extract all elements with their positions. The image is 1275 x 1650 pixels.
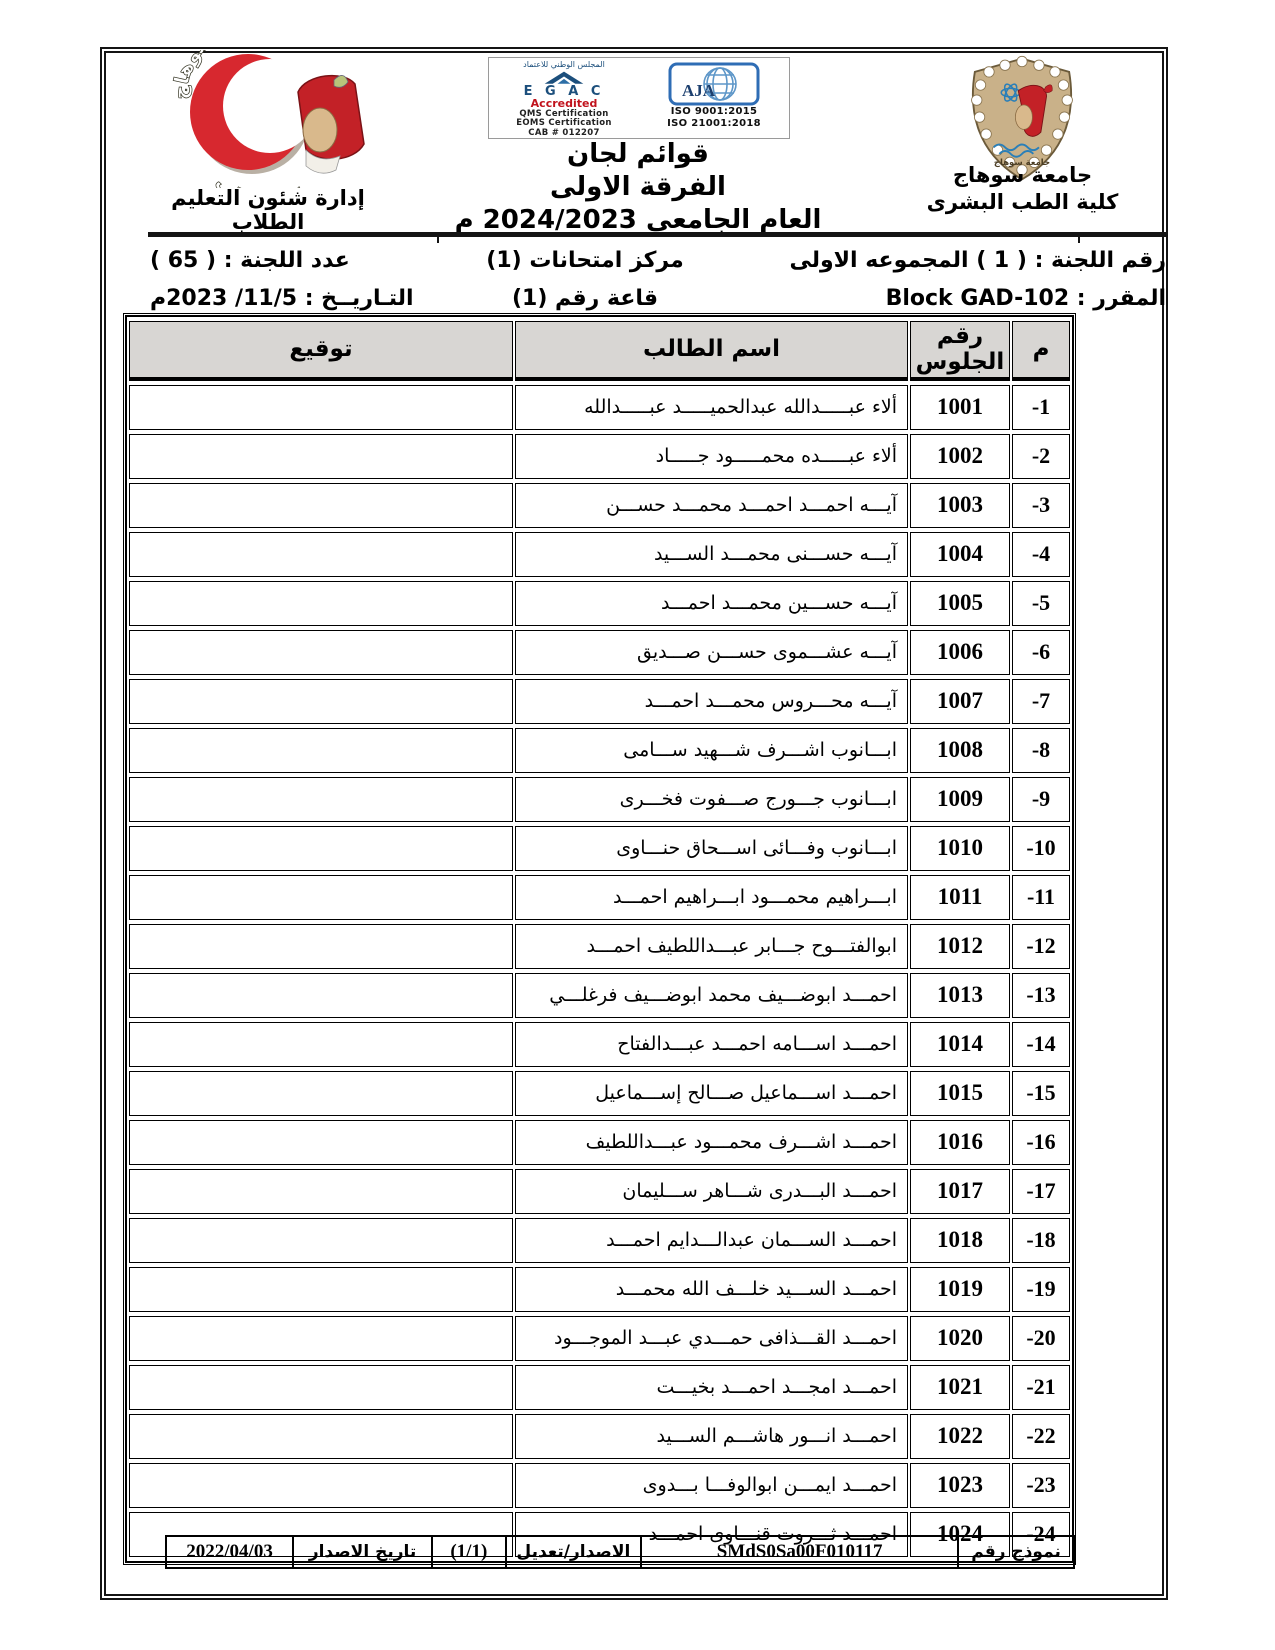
table-row: -17 1017 احمـــد البـــدرى شـــاهر ســـل… (129, 1169, 1070, 1214)
student-name-cell: احمـــد اســـامه احمـــد عبـــدالفتاح (515, 1022, 908, 1067)
signature-cell (129, 483, 513, 528)
footer-form-table: نموذج رقم SMdS0Sa00F010117 الاصدار/تعديل… (165, 1535, 1075, 1569)
student-name-cell: آيـــه محـــروس محمـــد احمـــد (515, 679, 908, 724)
row-index-cell: -16 (1012, 1120, 1070, 1165)
seat-number-cell: 1017 (910, 1169, 1010, 1214)
student-name-cell: ابـــانوب جـــورج صـــفوت فخـــرى (515, 777, 908, 822)
table-row: -8 1008 ابـــانوب اشـــرف شـــهيد ســـام… (129, 728, 1070, 773)
student-name-cell: احمـــد البـــدرى شـــاهر ســـليمان (515, 1169, 908, 1214)
signature-cell (129, 973, 513, 1018)
seat-number-cell: 1012 (910, 924, 1010, 969)
university-name: جامعة سوهاج (925, 162, 1120, 189)
egac-arc-text: المجلس الوطني للاعتماد (523, 60, 605, 70)
signature-cell (129, 679, 513, 724)
table-row: -6 1006 آيـــه عشـــموى حســـن صـــديق (129, 630, 1070, 675)
signature-cell (129, 630, 513, 675)
aja-name: AJA (682, 81, 716, 100)
doc-subtitle-year-level: الفرقة الاولى (428, 171, 848, 204)
row-index-cell: -11 (1012, 875, 1070, 920)
student-name-cell: ألاء عبـــــده محمـــــود جـــــاد (515, 434, 908, 479)
aja-iso2: ISO 21001:2018 (667, 118, 761, 130)
seat-number-cell: 1018 (910, 1218, 1010, 1263)
signature-cell (129, 1463, 513, 1508)
header-seat-number: رقم الجلوس (910, 321, 1010, 381)
signature-cell (129, 1218, 513, 1263)
student-name-cell: احمـــد ايمـــن ابوالوفـــا بـــدوى (515, 1463, 908, 1508)
table-row: -16 1016 احمـــد اشـــرف محمـــود عبـــد… (129, 1120, 1070, 1165)
table-row: -15 1015 احمـــد اســـماعيل صـــالح إســ… (129, 1071, 1070, 1116)
aja-iso1: ISO 9001:2015 (671, 106, 757, 118)
students-table-body: -1 1001 ألاء عبـــــدالله عبدالحميـــــد… (129, 385, 1070, 1557)
seat-number-cell: 1013 (910, 973, 1010, 1018)
row-index-cell: -6 (1012, 630, 1070, 675)
table-row: -9 1009 ابـــانوب جـــورج صـــفوت فخـــر… (129, 777, 1070, 822)
signature-cell (129, 1022, 513, 1067)
table-row: -3 1003 آيـــه احمـــد احمـــد محمـــد ح… (129, 483, 1070, 528)
table-row: -4 1004 آيـــه حســـنى محمـــد الســـيد (129, 532, 1070, 577)
signature-cell (129, 532, 513, 577)
accreditation-box: المجلس الوطني للاعتماد E G A C Accredite… (488, 57, 790, 139)
room-number: قاعة رقم (1) (440, 286, 730, 311)
footer-form-serial: SMdS0Sa00F010117 (641, 1536, 958, 1568)
header-signature: توقيع (129, 321, 513, 381)
egac-cert-line3: CAB # 012207 (528, 129, 599, 139)
table-row: -2 1002 ألاء عبـــــده محمـــــود جـــــ… (129, 434, 1070, 479)
row-index-cell: -10 (1012, 826, 1070, 871)
exam-date: التـاريــخ : 5‏/11‏/ 2023م (150, 286, 440, 311)
department-title: إدارة شئون التعليم الطلاب (138, 186, 398, 234)
student-name-cell: ألاء عبـــــدالله عبدالحميـــــد عبـــــ… (515, 385, 908, 430)
row-index-cell: -14 (1012, 1022, 1070, 1067)
student-name-cell: احمـــد القـــذافى حمـــدي عبـــد الموجـ… (515, 1316, 908, 1361)
signature-cell (129, 777, 513, 822)
seat-number-cell: 1005 (910, 581, 1010, 626)
row-index-cell: -23 (1012, 1463, 1070, 1508)
student-name-cell: آيـــه حســـين محمـــد احمـــد (515, 581, 908, 626)
egac-name: E G A C (524, 85, 605, 98)
student-name-cell: احمـــد الســـيد خلـــف الله محمـــد (515, 1267, 908, 1312)
seat-number-cell: 1021 (910, 1365, 1010, 1410)
row-index-cell: -20 (1012, 1316, 1070, 1361)
row-index-cell: -19 (1012, 1267, 1070, 1312)
student-name-cell: آيـــه حســـنى محمـــد الســـيد (515, 532, 908, 577)
footer-issue-edit-label: الاصدار/تعديل (506, 1536, 641, 1568)
footer-issue-date: 2022/04/03 (166, 1536, 293, 1568)
row-index-cell: -9 (1012, 777, 1070, 822)
table-row: -12 1012 ابوالفتـــوح جـــابر عبـــداللط… (129, 924, 1070, 969)
row-index-cell: -1 (1012, 385, 1070, 430)
seat-number-cell: 1006 (910, 630, 1010, 675)
table-row: -22 1022 احمـــد انـــور هاشـــم الســـي… (129, 1414, 1070, 1459)
table-row: -23 1023 احمـــد ايمـــن ابوالوفـــا بــ… (129, 1463, 1070, 1508)
student-name-cell: ابـــانوب اشـــرف شـــهيد ســـامى (515, 728, 908, 773)
signature-cell (129, 385, 513, 430)
aja-globe-icon: AJA (668, 62, 760, 106)
row-index-cell: -5 (1012, 581, 1070, 626)
student-name-cell: احمـــد الســـمان عبدالـــدايم احمـــد (515, 1218, 908, 1263)
seat-number-cell: 1007 (910, 679, 1010, 724)
egac-accredited-label: Accredited (531, 98, 598, 110)
student-name-cell: احمـــد اشـــرف محمـــود عبـــداللطيف (515, 1120, 908, 1165)
footer-version: (1/1) (432, 1536, 506, 1568)
student-name-cell: آيـــه احمـــد احمـــد محمـــد حســـن (515, 483, 908, 528)
header-rule (148, 232, 1166, 237)
row-index-cell: -2 (1012, 434, 1070, 479)
student-name-cell: آيـــه عشـــموى حســـن صـــديق (515, 630, 908, 675)
university-name-block: جامعة سوهاج كلية الطب البشرى (925, 162, 1120, 216)
signature-cell (129, 434, 513, 479)
seat-number-cell: 1014 (910, 1022, 1010, 1067)
row-index-cell: -8 (1012, 728, 1070, 773)
student-name-cell: احمـــد اســـماعيل صـــالح إســـماعيل (515, 1071, 908, 1116)
signature-cell (129, 1365, 513, 1410)
signature-cell (129, 1414, 513, 1459)
header-index: م (1012, 321, 1070, 381)
doc-title: قوائم لجان (428, 138, 848, 171)
table-row: -5 1005 آيـــه حســـين محمـــد احمـــد (129, 581, 1070, 626)
student-name-cell: ابـــانوب وفـــائى اســـحاق حنـــاوى (515, 826, 908, 871)
signature-cell (129, 581, 513, 626)
students-table-wrapper: م رقم الجلوس اسم الطالب توقيع -1 1001 أل… (123, 313, 1076, 1565)
seat-number-cell: 1020 (910, 1316, 1010, 1361)
table-row: -20 1020 احمـــد القـــذافى حمـــدي عبــ… (129, 1316, 1070, 1361)
row-index-cell: -4 (1012, 532, 1070, 577)
seat-number-cell: 1001 (910, 385, 1010, 430)
table-header-row: م رقم الجلوس اسم الطالب توقيع (129, 321, 1070, 381)
row-index-cell: -13 (1012, 973, 1070, 1018)
document-page: جامعة سوهاج كلية الطب إدارة شئون التعليم… (0, 0, 1275, 1650)
seat-number-cell: 1011 (910, 875, 1010, 920)
seat-number-cell: 1008 (910, 728, 1010, 773)
table-row: -1 1001 ألاء عبـــــدالله عبدالحميـــــد… (129, 385, 1070, 430)
signature-cell (129, 875, 513, 920)
signature-cell (129, 1120, 513, 1165)
aja-logo: AJA ISO 9001:2015 ISO 21001:2018 (639, 58, 789, 138)
college-logo: جامعة سوهاج كلية الطب (148, 50, 400, 188)
row-index-cell: -18 (1012, 1218, 1070, 1263)
row-index-cell: -12 (1012, 924, 1070, 969)
seat-number-cell: 1010 (910, 826, 1010, 871)
seat-number-cell: 1023 (910, 1463, 1010, 1508)
table-row: -11 1011 ابـــراهيم محمـــود ابـــراهيم … (129, 875, 1070, 920)
signature-cell (129, 826, 513, 871)
table-row: -7 1007 آيـــه محـــروس محمـــد احمـــد (129, 679, 1070, 724)
row-index-cell: -7 (1012, 679, 1070, 724)
egac-pyramid-icon (534, 70, 594, 85)
signature-cell (129, 1071, 513, 1116)
row-index-cell: -21 (1012, 1365, 1070, 1410)
footer-form-number-label: نموذج رقم (958, 1536, 1074, 1568)
student-name-cell: احمـــد امجـــد احمـــد بخيـــت (515, 1365, 908, 1410)
signature-cell (129, 1316, 513, 1361)
committee-number: رقم اللجنة : ( 1 ) المجموعه الاولى (730, 248, 1166, 273)
document-title-block: قوائم لجان الفرقة الاولى العام الجامعي 2… (428, 138, 848, 237)
students-table: م رقم الجلوس اسم الطالب توقيع -1 1001 أل… (125, 315, 1074, 1563)
signature-cell (129, 924, 513, 969)
egac-logo: المجلس الوطني للاعتماد E G A C Accredite… (489, 58, 639, 138)
signature-cell (129, 1169, 513, 1214)
seat-number-cell: 1019 (910, 1267, 1010, 1312)
exam-center: مركز امتحانات (1) (440, 248, 730, 273)
seat-number-cell: 1016 (910, 1120, 1010, 1165)
student-name-cell: احمـــد ابوضـــيف محمد ابوضـــيف فرغلـــ… (515, 973, 908, 1018)
table-row: -13 1013 احمـــد ابوضـــيف محمد ابوضـــي… (129, 973, 1070, 1018)
seat-number-cell: 1015 (910, 1071, 1010, 1116)
course-code: المقرر : Block GAD-102 (730, 286, 1166, 311)
row-index-cell: -15 (1012, 1071, 1070, 1116)
seat-number-cell: 1002 (910, 434, 1010, 479)
seat-number-cell: 1009 (910, 777, 1010, 822)
row-index-cell: -3 (1012, 483, 1070, 528)
header-student-name: اسم الطالب (515, 321, 908, 381)
student-name-cell: ابوالفتـــوح جـــابر عبـــداللطيف احمـــ… (515, 924, 908, 969)
student-name-cell: ابـــراهيم محمـــود ابـــراهيم احمـــد (515, 875, 908, 920)
table-row: -14 1014 احمـــد اســـامه احمـــد عبـــد… (129, 1022, 1070, 1067)
seat-number-cell: 1004 (910, 532, 1010, 577)
table-row: -18 1018 احمـــد الســـمان عبدالـــدايم … (129, 1218, 1070, 1263)
student-name-cell: احمـــد انـــور هاشـــم الســـيد (515, 1414, 908, 1459)
signature-cell (129, 728, 513, 773)
committee-count: عدد اللجنة : ( 65 ) (150, 248, 440, 273)
signature-cell (129, 1267, 513, 1312)
row-index-cell: -22 (1012, 1414, 1070, 1459)
table-row: -21 1021 احمـــد امجـــد احمـــد بخيـــت (129, 1365, 1070, 1410)
footer-issue-date-label: تاريخ الاصدار (293, 1536, 432, 1568)
table-row: -10 1010 ابـــانوب وفـــائى اســـحاق حنـ… (129, 826, 1070, 871)
pharaoh-face-icon (303, 108, 337, 152)
faculty-name: كلية الطب البشرى (925, 189, 1120, 216)
table-row: -19 1019 احمـــد الســـيد خلـــف الله مح… (129, 1267, 1070, 1312)
seat-number-cell: 1022 (910, 1414, 1010, 1459)
exam-info: رقم اللجنة : ( 1 ) المجموعه الاولى مركز … (150, 241, 1166, 317)
seat-number-cell: 1003 (910, 483, 1010, 528)
row-index-cell: -17 (1012, 1169, 1070, 1214)
